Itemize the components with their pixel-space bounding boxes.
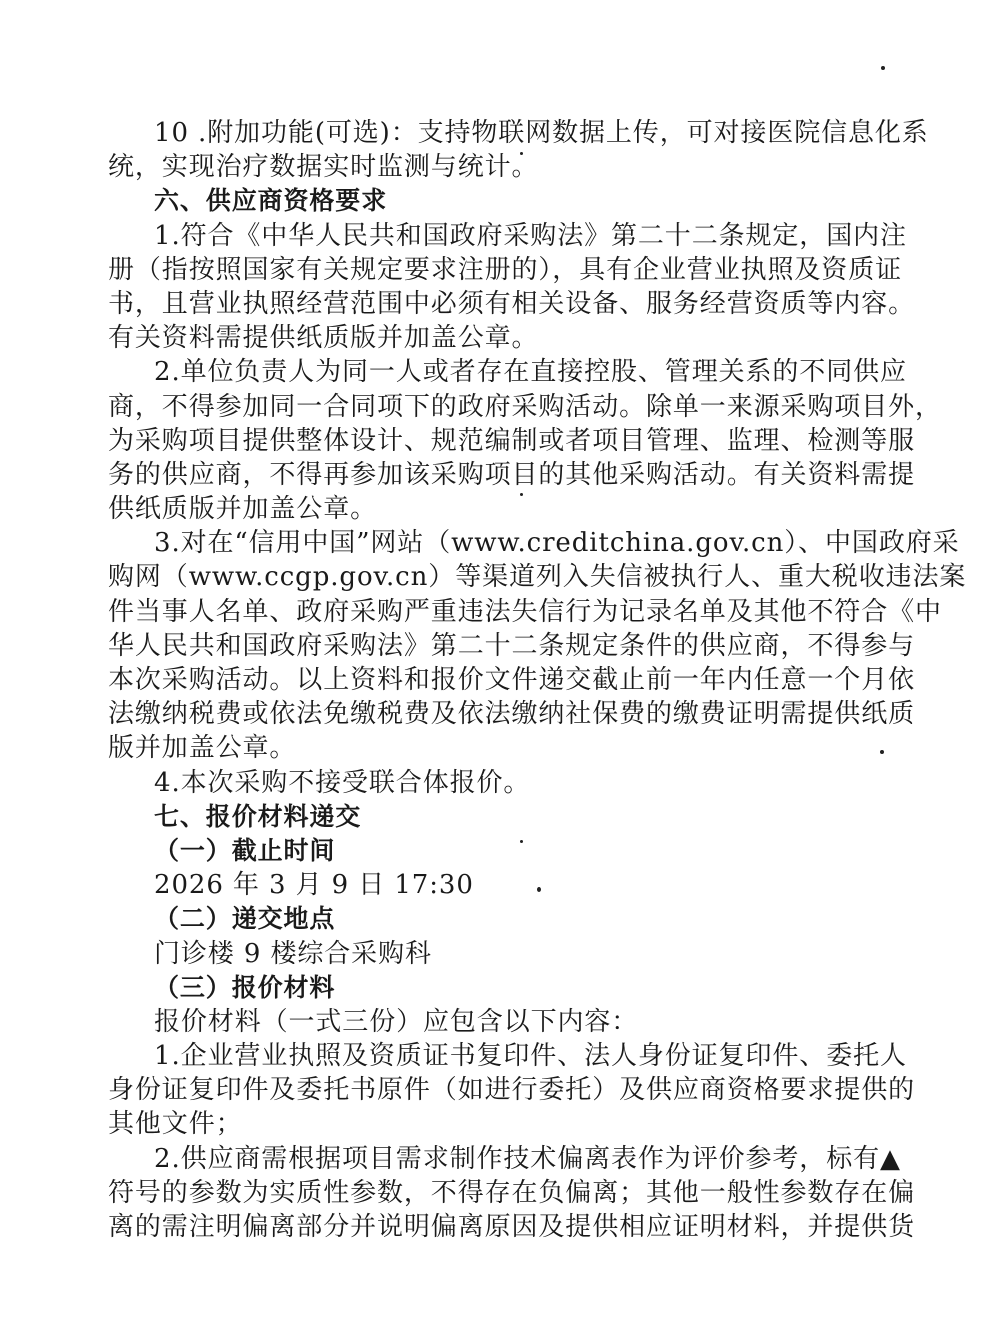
paragraph-line: 符号的参数为实质性参数，不得存在负偏离；其他一般性参数存在偏 [108, 1176, 902, 1210]
paragraph-line: 离的需注明偏离部分并说明偏离原因及提供相应证明材料，并提供货 [108, 1210, 902, 1244]
qualification-item-4: 4.本次采购不接受联合体报价。 [108, 766, 902, 800]
materials-item-2: 2.供应商需根据项目需求制作技术偏离表作为评价参考，标有▲ [108, 1142, 902, 1176]
section-heading-quote-submission: 七、报价材料递交 [108, 800, 902, 834]
paragraph-line: 身份证复印件及委托书原件（如进行委托）及供应商资格要求提供的 [108, 1073, 902, 1107]
subheading-deadline: （一）截止时间 [108, 834, 902, 868]
paragraph-line: 务的供应商，不得再参加该采购项目的其他采购活动。有关资料需提 [108, 458, 902, 492]
qualification-item-2: 2.单位负责人为同一人或者存在直接控股、管理关系的不同供应 [108, 355, 902, 389]
paragraph-line: 版并加盖公章。 [108, 731, 902, 765]
paragraph-line: 本次采购活动。以上资料和报价文件递交截止前一年内任意一个月依 [108, 663, 902, 697]
scan-speck [520, 493, 523, 496]
qualification-item-1: 1.符合《中华人民共和国政府采购法》第二十二条规定，国内注 [108, 219, 902, 253]
scan-speck [520, 840, 523, 843]
paragraph-line: 书，且营业执照经营范围中必须有相关设备、服务经营资质等内容。 [108, 287, 902, 321]
section-heading-supplier-qualifications: 六、供应商资格要求 [108, 184, 902, 218]
paragraph-line: 册（指按照国家有关规定要求注册的），具有企业营业执照及资质证 [108, 253, 902, 287]
materials-intro: 报价材料（一式三份）应包含以下内容： [108, 1005, 902, 1039]
subheading-location: （二）递交地点 [108, 902, 902, 936]
paragraph-line: 华人民共和国政府采购法》第二十二条规定条件的供应商，不得参与 [108, 629, 902, 663]
paragraph-line: 统，实现治疗数据实时监测与统计。 [108, 150, 902, 184]
paragraph-line: 供纸质版并加盖公章。 [108, 492, 902, 526]
scan-speck [520, 152, 523, 155]
qualification-item-3: 3.对在“信用中国”网站（www.creditchina.gov.cn）、中国政… [108, 526, 902, 560]
location-value: 门诊楼 9 楼综合采购科 [108, 937, 902, 971]
paragraph-line: 为采购项目提供整体设计、规范编制或者项目管理、监理、检测等服 [108, 424, 902, 458]
scan-speck [880, 750, 884, 754]
paragraph-line: 法缴纳税费或依法免缴税费及依法缴纳社保费的缴费证明需提供纸质 [108, 697, 902, 731]
subheading-quote-materials: （三）报价材料 [108, 971, 902, 1005]
paragraph-line: 件当事人名单、政府采购严重违法失信行为记录名单及其他不符合《中 [108, 595, 902, 629]
item-10-additional-function: 10 .附加功能(可选)：支持物联网数据上传，可对接医院信息化系 [108, 116, 902, 150]
paragraph-line: 其他文件； [108, 1107, 902, 1141]
scan-speck [881, 66, 885, 70]
paragraph-line: 有关资料需提供纸质版并加盖公章。 [108, 321, 902, 355]
document-page: 10 .附加功能(可选)：支持物联网数据上传，可对接医院信息化系 统，实现治疗数… [108, 116, 902, 1244]
materials-item-1: 1.企业营业执照及资质证书复印件、法人身份证复印件、委托人 [108, 1039, 902, 1073]
scan-speck [537, 887, 541, 892]
paragraph-line: 购网（www.ccgp.gov.cn）等渠道列入失信被执行人、重大税收违法案 [108, 560, 902, 594]
paragraph-line: 商，不得参加同一合同项下的政府采购活动。除单一来源采购项目外， [108, 390, 902, 424]
deadline-value: 2026 年 3 月 9 日 17:30 [108, 868, 902, 902]
